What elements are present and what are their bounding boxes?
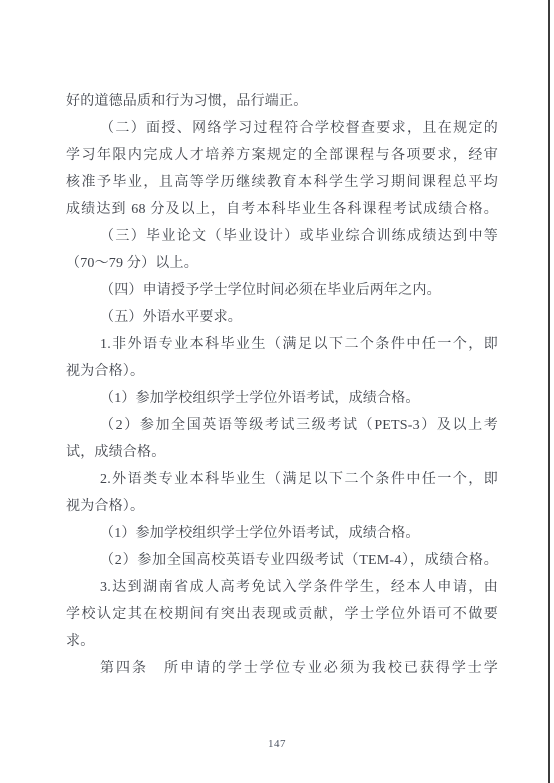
text-line: （1）参加学校组织学士学位外语考试，成绩合格。 (66, 385, 498, 412)
text-line: 1.非外语专业本科毕业生（满足以下二个条件中任一个，即 (66, 331, 498, 358)
document-page: 好的道德品质和行为习惯，品行端正。 （二）面授、网络学习过程符合学校督查要求，且… (0, 0, 554, 783)
text-line: （五）外语水平要求。 (66, 304, 498, 331)
text-line: （70～79 分）以上。 (66, 250, 498, 277)
text-line: （2）参加全国英语等级考试三级考试（PETS-3）及以上考 (66, 412, 498, 439)
document-body: 好的道德品质和行为习惯，品行端正。 （二）面授、网络学习过程符合学校督查要求，且… (66, 88, 498, 682)
text-line: 成绩达到 68 分及以上，自考本科毕业生各科课程考试成绩合格。 (66, 196, 498, 223)
text-line: 求。 (66, 628, 498, 655)
text-line: 3.达到湖南省成人高考免试入学条件学生，经本人申请，由 (66, 574, 498, 601)
text-line: 学校认定其在校期间有突出表现或贡献，学士学位外语可不做要 (66, 601, 498, 628)
text-line: 核准予毕业，且高等学历继续教育本科学生学习期间课程总平均 (66, 169, 498, 196)
page-number: 147 (0, 738, 554, 750)
text-line: （2）参加全国高校英语专业四级考试（TEM-4），成绩合格。 (66, 547, 498, 574)
text-line: 学习年限内完成人才培养方案规定的全部课程与各项要求，经审 (66, 142, 498, 169)
text-line: （二）面授、网络学习过程符合学校督查要求，且在规定的 (66, 115, 498, 142)
text-line: 视为合格）。 (66, 493, 498, 520)
text-line: 好的道德品质和行为习惯，品行端正。 (66, 88, 498, 115)
page-edge-line (548, 0, 550, 783)
text-line: 第四条 所申请的学士学位专业必须为我校已获得学士学 (66, 655, 498, 682)
text-line: （四）申请授予学士学位时间必须在毕业后两年之内。 (66, 277, 498, 304)
text-line: （三）毕业论文（毕业设计）或毕业综合训练成绩达到中等 (66, 223, 498, 250)
text-line: 试，成绩合格。 (66, 439, 498, 466)
text-line: （1）参加学校组织学士学位外语考试，成绩合格。 (66, 520, 498, 547)
text-line: 视为合格）。 (66, 358, 498, 385)
text-line: 2.外语类专业本科毕业生（满足以下二个条件中任一个，即 (66, 466, 498, 493)
